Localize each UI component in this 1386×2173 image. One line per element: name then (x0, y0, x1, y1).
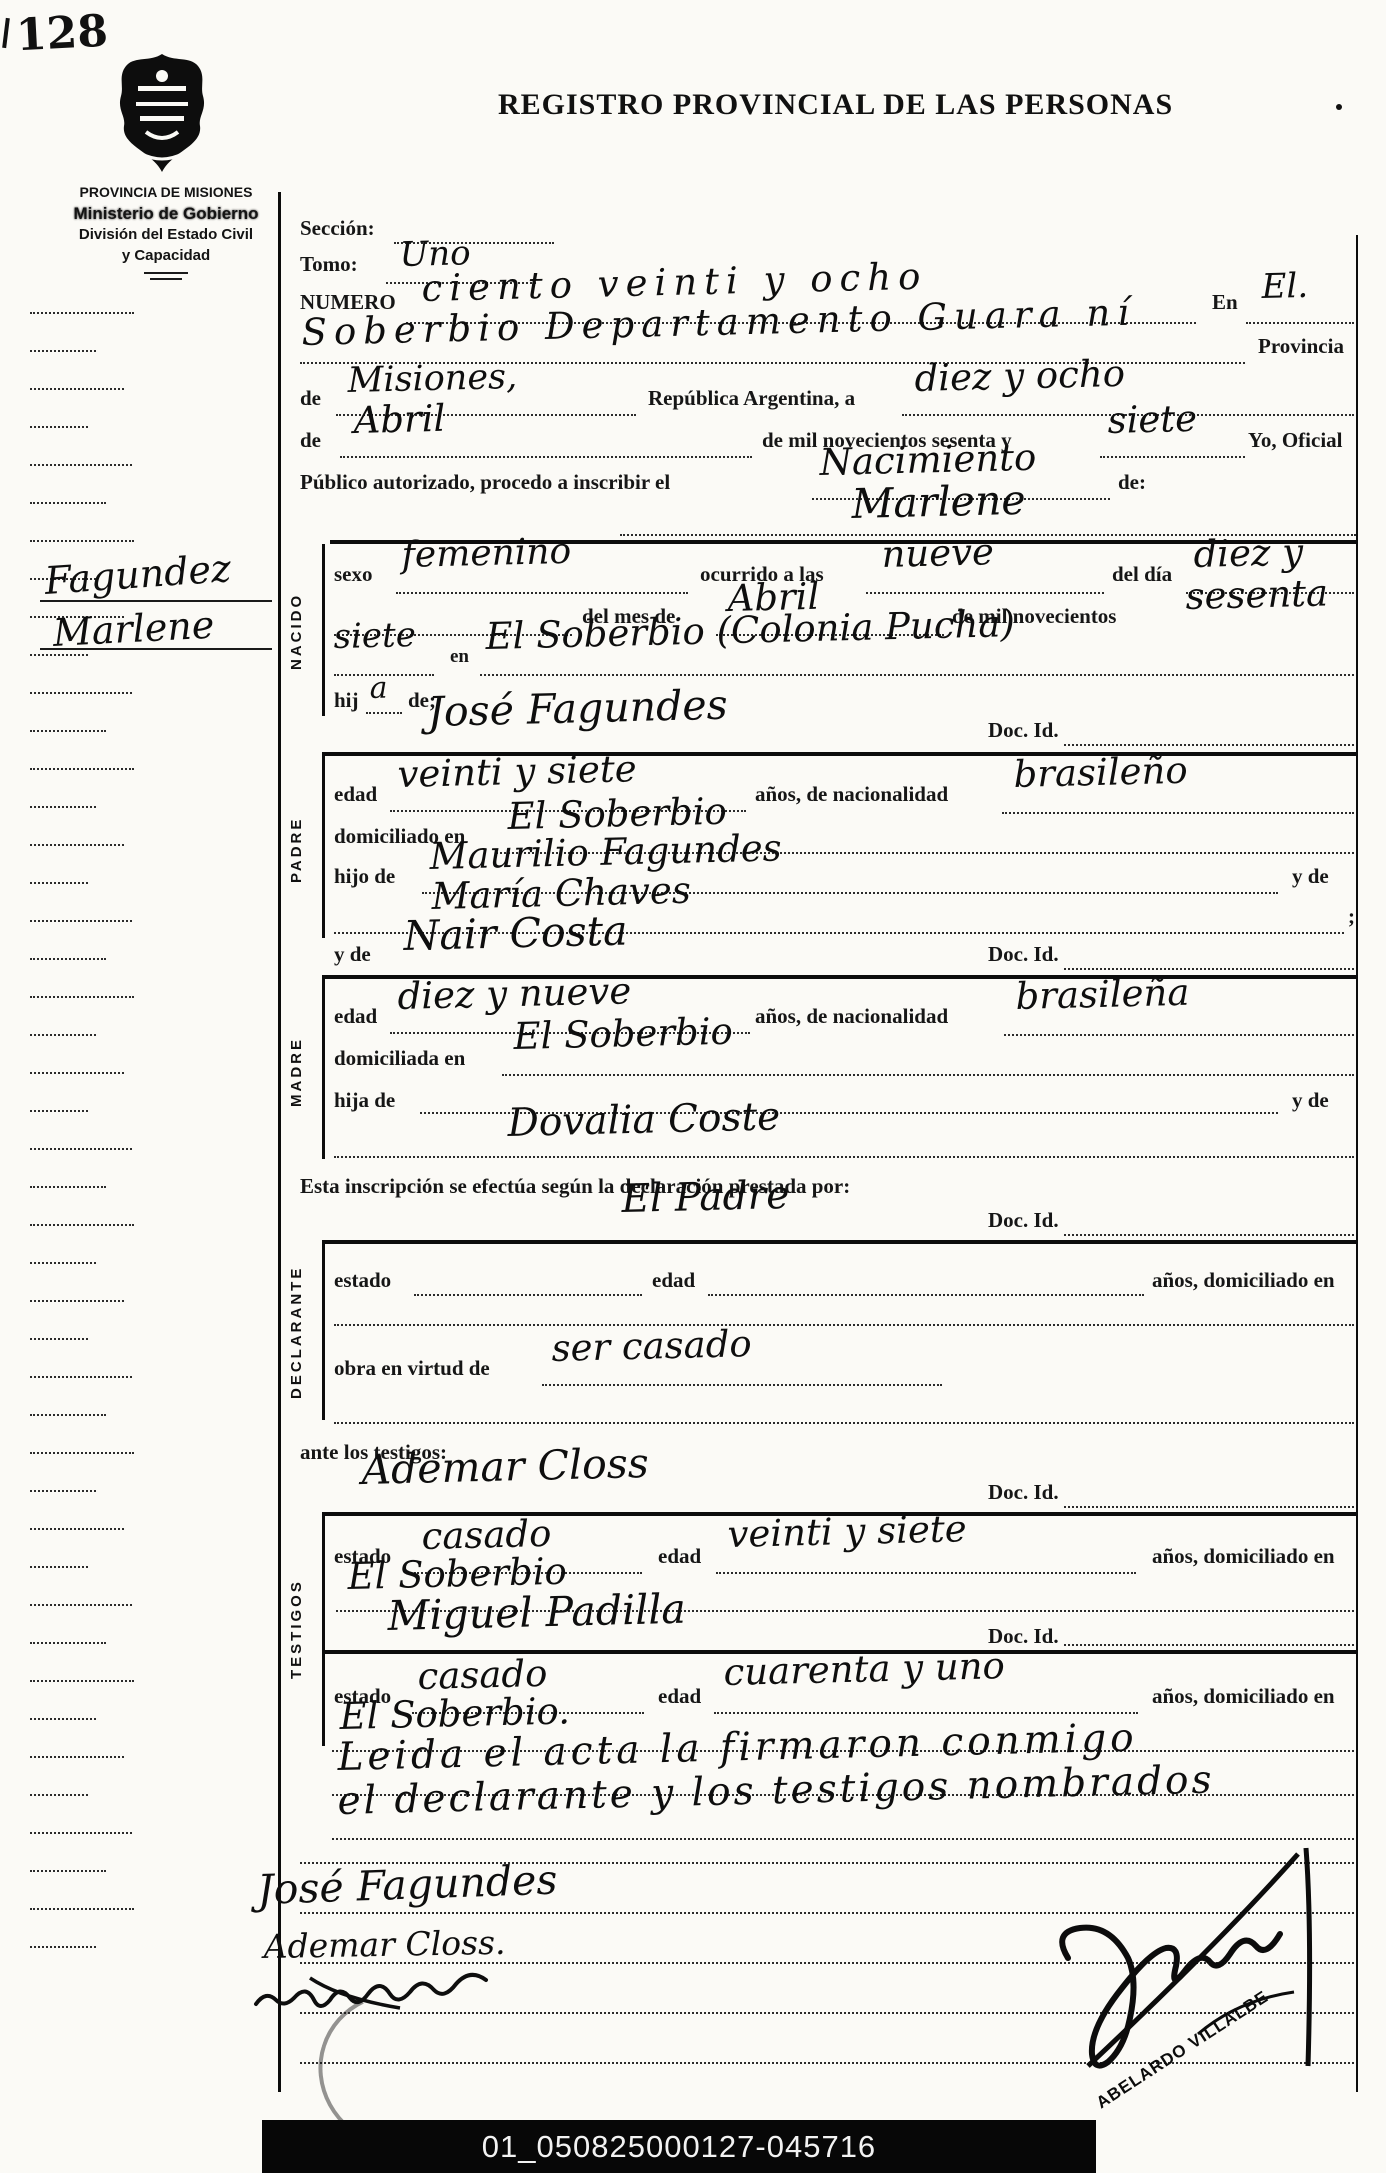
oficial-firma-rubrica (1048, 1838, 1348, 2093)
acto-value: Nacimiento (819, 439, 1037, 481)
letterhead-underline2 (150, 278, 182, 280)
sexo-value: femenino (401, 534, 571, 574)
firma-declarante: José Fagundes (257, 1860, 558, 1911)
mes-field-rule (340, 456, 752, 458)
nacido-en-label: en (450, 646, 469, 668)
padre-bracket-line (322, 756, 325, 938)
margin-ruled-line (30, 1908, 134, 1910)
margin-ruled-line (30, 920, 132, 922)
declarante-edad-rule (708, 1294, 1144, 1296)
obra-label: obra en virtud de (334, 1356, 490, 1381)
hora-field-rule (866, 592, 1104, 594)
margin-ruled-line (30, 1832, 132, 1834)
obra-rule (542, 1384, 942, 1386)
testigo1-doc-rule (1064, 1506, 1354, 1508)
margin-ruled-line (30, 958, 106, 960)
margin-ruled-line (30, 806, 96, 808)
madre-edad-value: diez y nueve (397, 972, 632, 1015)
nacido-anio2-value: siete (333, 618, 416, 654)
nacido-lugar-value: El Soberbio (Colonia Pucha) (485, 605, 1015, 655)
margin-ruled-line (30, 1490, 96, 1492)
margin-ruled-line (30, 1718, 96, 1720)
dia-label: del día (1112, 562, 1172, 587)
declarante-doc-rule (1064, 1234, 1354, 1236)
de-label: de (300, 386, 321, 411)
padre-nacionalidad-value: brasileño (1013, 752, 1188, 793)
madre-edad-label: edad (334, 1004, 377, 1029)
yo-oficial-label: Yo, Oficial (1248, 428, 1343, 453)
margin-ruled-line (30, 730, 106, 732)
hij-label: hij (334, 688, 359, 713)
firma-testigo1: Ademar Closs. (263, 1926, 505, 1963)
madre-domicilio-value: El Soberbio (513, 1013, 733, 1055)
margin-note-name: Marlene (52, 606, 215, 652)
scan-code-text: 01_050825000127-045716 (482, 2129, 876, 2165)
testigos-section-label: TESTIGOS (288, 1534, 310, 1724)
madre-section-label: MADRE (288, 1012, 310, 1132)
madre-doc-rule (1064, 968, 1354, 970)
en-value: El. (1261, 269, 1308, 304)
testigo2-domicilio-label: años, domiciliado en (1152, 1684, 1335, 1709)
margin-ruled-line (30, 1376, 132, 1378)
madre-domicilio-rule (502, 1074, 1354, 1076)
seccion-label: Sección: (300, 216, 375, 241)
margin-ruled-line (30, 1642, 106, 1644)
letterhead-line3: División del Estado Civil (36, 224, 296, 245)
title-end-dot (1336, 104, 1342, 110)
padre-hijo-de-label: hijo de (334, 864, 395, 889)
margin-ruled-line (30, 1946, 96, 1948)
republica-label: República Argentina, a (648, 386, 855, 411)
testigo2-edad-value: cuarenta y uno (723, 1647, 1005, 1691)
declarante-bracket-line (322, 1244, 325, 1420)
margin-ruled-line (30, 1034, 96, 1036)
testigo1-domicilio-label: años, domiciliado en (1152, 1544, 1335, 1569)
madre-bracket-line (322, 979, 325, 1159)
margin-ruled-line (30, 1186, 106, 1188)
madre-hija-de-label: hija de (334, 1088, 395, 1113)
margin-ruled-line (30, 1452, 134, 1454)
testigo2-edad-label: edad (658, 1684, 701, 1709)
mes-value: Abril (353, 400, 446, 439)
dia-value: diez y (1193, 533, 1303, 573)
en-field-rule (1246, 322, 1354, 324)
margin-ruled-line (30, 768, 134, 770)
abuela-materna-rule (334, 1156, 1354, 1158)
testigo2-estado-value: casado (417, 1655, 548, 1695)
margin-ruled-line (30, 502, 106, 504)
scan-code-bar: 01_050825000127-045716 (262, 2120, 1096, 2173)
declarante-estado-label: estado (334, 1268, 391, 1293)
testigo1-estado-value: casado (421, 1515, 552, 1555)
de2-label: de (300, 428, 321, 453)
letterhead: PROVINCIA DE MISIONES Ministerio de Gobi… (36, 182, 296, 266)
madre-nacionalidad-label: años, de nacionalidad (755, 1004, 948, 1029)
madre-nacionalidad-rule (1004, 1034, 1354, 1036)
madre-doc-label: Doc. Id. (988, 942, 1059, 967)
main-divider-line (278, 192, 281, 2092)
testigo1-nombre-value: Ademar Closs (361, 1443, 649, 1491)
madre-nombre-value: Nair Costa (403, 911, 628, 957)
scanned-birth-certificate: 128 REGISTRO PROVINCIAL DE LAS PERSONAS … (0, 0, 1386, 2173)
margin-ruled-line (30, 844, 124, 846)
sexo-label: sexo (334, 562, 373, 587)
declarante-top-line (322, 1240, 1358, 1244)
testigos-bracket-line (322, 1516, 325, 1746)
margin-ruled-line (30, 1300, 124, 1302)
padre-nacionalidad-rule (1002, 812, 1354, 814)
padre-nombre-value: José Fagundes (427, 685, 728, 733)
margin-ruled-line (30, 1756, 124, 1758)
declarante-domicilio-label: años, domiciliado en (1152, 1268, 1335, 1293)
testigo1-doc-label: Doc. Id. (988, 1480, 1059, 1505)
provincial-seal-icon (112, 52, 212, 174)
margin-note-surname: Fagundez (43, 549, 232, 600)
abuela-materna-value: Dovalia Coste (507, 1097, 781, 1143)
margin-ruled-line (30, 1794, 88, 1796)
declarante-section-label: DECLARANTE (288, 1244, 310, 1420)
nacido-lugar-rule (480, 674, 1354, 676)
margin-ruled-line (30, 1148, 132, 1150)
provincia-label: Provincia (1258, 334, 1344, 359)
margin-ruled-line (30, 1224, 134, 1226)
testigo2-edad-rule (714, 1712, 1138, 1714)
padre-doc-label: Doc. Id. (988, 718, 1059, 743)
padre-fin-label: ; (1348, 904, 1355, 929)
letterhead-line2: Ministerio de Gobierno (36, 203, 296, 224)
testigo1-edad-rule (716, 1572, 1136, 1574)
declarante-row4-rule (334, 1422, 1354, 1424)
sexo-field-rule (396, 592, 688, 594)
testigo2-nombre-value: Miguel Padilla (387, 1589, 686, 1637)
inscribir-label: Público autorizado, procedo a inscribir … (300, 470, 670, 495)
declarante-doc-label: Doc. Id. (988, 1208, 1059, 1233)
folio-number: 128 (15, 6, 109, 62)
hora-value: nueve (881, 533, 994, 573)
right-border-line (1356, 235, 1358, 2092)
hija-letter-rule (366, 712, 402, 714)
margin-ruled-line (30, 1604, 132, 1606)
madre-domicilio-label: domiciliada en (334, 1046, 465, 1071)
nacido-bracket-line (322, 544, 325, 716)
margin-ruled-line (30, 312, 134, 314)
margin-ruled-line (30, 1414, 106, 1416)
inscripto-nombre-value: Marlene (851, 480, 1026, 525)
madre-nacionalidad-value: brasileña (1015, 974, 1190, 1015)
testigo1-edad-value: veinti y siete (727, 1510, 967, 1553)
margin-ruled-line (30, 1072, 124, 1074)
page-title: REGISTRO PROVINCIAL DE LAS PERSONAS (498, 88, 1173, 122)
letterhead-line4: y Capacidad (36, 245, 296, 266)
margin-ruled-line (30, 540, 134, 542)
margin-ruled-line (30, 1680, 134, 1682)
padre-edad-label: edad (334, 782, 377, 807)
hija-letter-value: a (369, 674, 388, 704)
declarante-edad-label: edad (652, 1268, 695, 1293)
margin-ruled-line (30, 1870, 106, 1872)
margin-ruled-line (30, 464, 132, 466)
letterhead-underline (144, 272, 188, 274)
testigo1-edad-label: edad (658, 1544, 701, 1569)
margin-ruled-line (30, 1262, 96, 1264)
declarante-estado-rule (414, 1294, 642, 1296)
stray-mark (2, 18, 10, 48)
declarante-row2-rule (334, 1324, 1354, 1326)
madre-y-de-label: y de (334, 942, 371, 967)
fecha-dia-value: diez y ocho (914, 355, 1125, 397)
margin-ruled-line (30, 882, 88, 884)
padre-y-de-label: y de (1292, 864, 1329, 889)
en-label: En (1212, 290, 1238, 315)
padre-edad-value: veinti y siete (397, 750, 637, 793)
provincia-value: Misiones, (347, 360, 517, 399)
madre-y-de2-label: y de (1292, 1088, 1329, 1113)
tomo-label: Tomo: (300, 252, 358, 277)
margin-ruled-line (30, 996, 134, 998)
margin-ruled-line (30, 388, 124, 390)
padre-nacionalidad-label: años, de nacionalidad (755, 782, 948, 807)
margin-ruled-line (30, 1566, 88, 1568)
testigo2-doc-rule (1064, 1644, 1354, 1646)
acto-de-label: de: (1118, 470, 1146, 495)
letterhead-line1: PROVINCIA DE MISIONES (36, 182, 296, 203)
abuelo-paterno-value: Maurilio Fagundes (429, 829, 782, 875)
margin-ruled-line (30, 350, 96, 352)
nacido-anio-value: sesenta (1185, 575, 1328, 615)
obra-value: ser casado (551, 1325, 752, 1367)
nacido-section-label: NACIDO (288, 556, 310, 706)
declarante-quien-value: El Padre (621, 1176, 790, 1219)
margin-ruled-line (30, 1110, 88, 1112)
anio-field-rule (1100, 456, 1245, 458)
margin-ruled-line (30, 1528, 124, 1530)
margin-ruled-line (30, 1338, 88, 1340)
padre-section-label: PADRE (288, 790, 310, 910)
anio-value: siete (1107, 400, 1197, 439)
margin-ruled-line (30, 426, 88, 428)
padre-doc-rule (1064, 744, 1354, 746)
margin-ruled-line (30, 692, 132, 694)
testigo2-domicilio-value: El Soberbio. (339, 1692, 570, 1735)
